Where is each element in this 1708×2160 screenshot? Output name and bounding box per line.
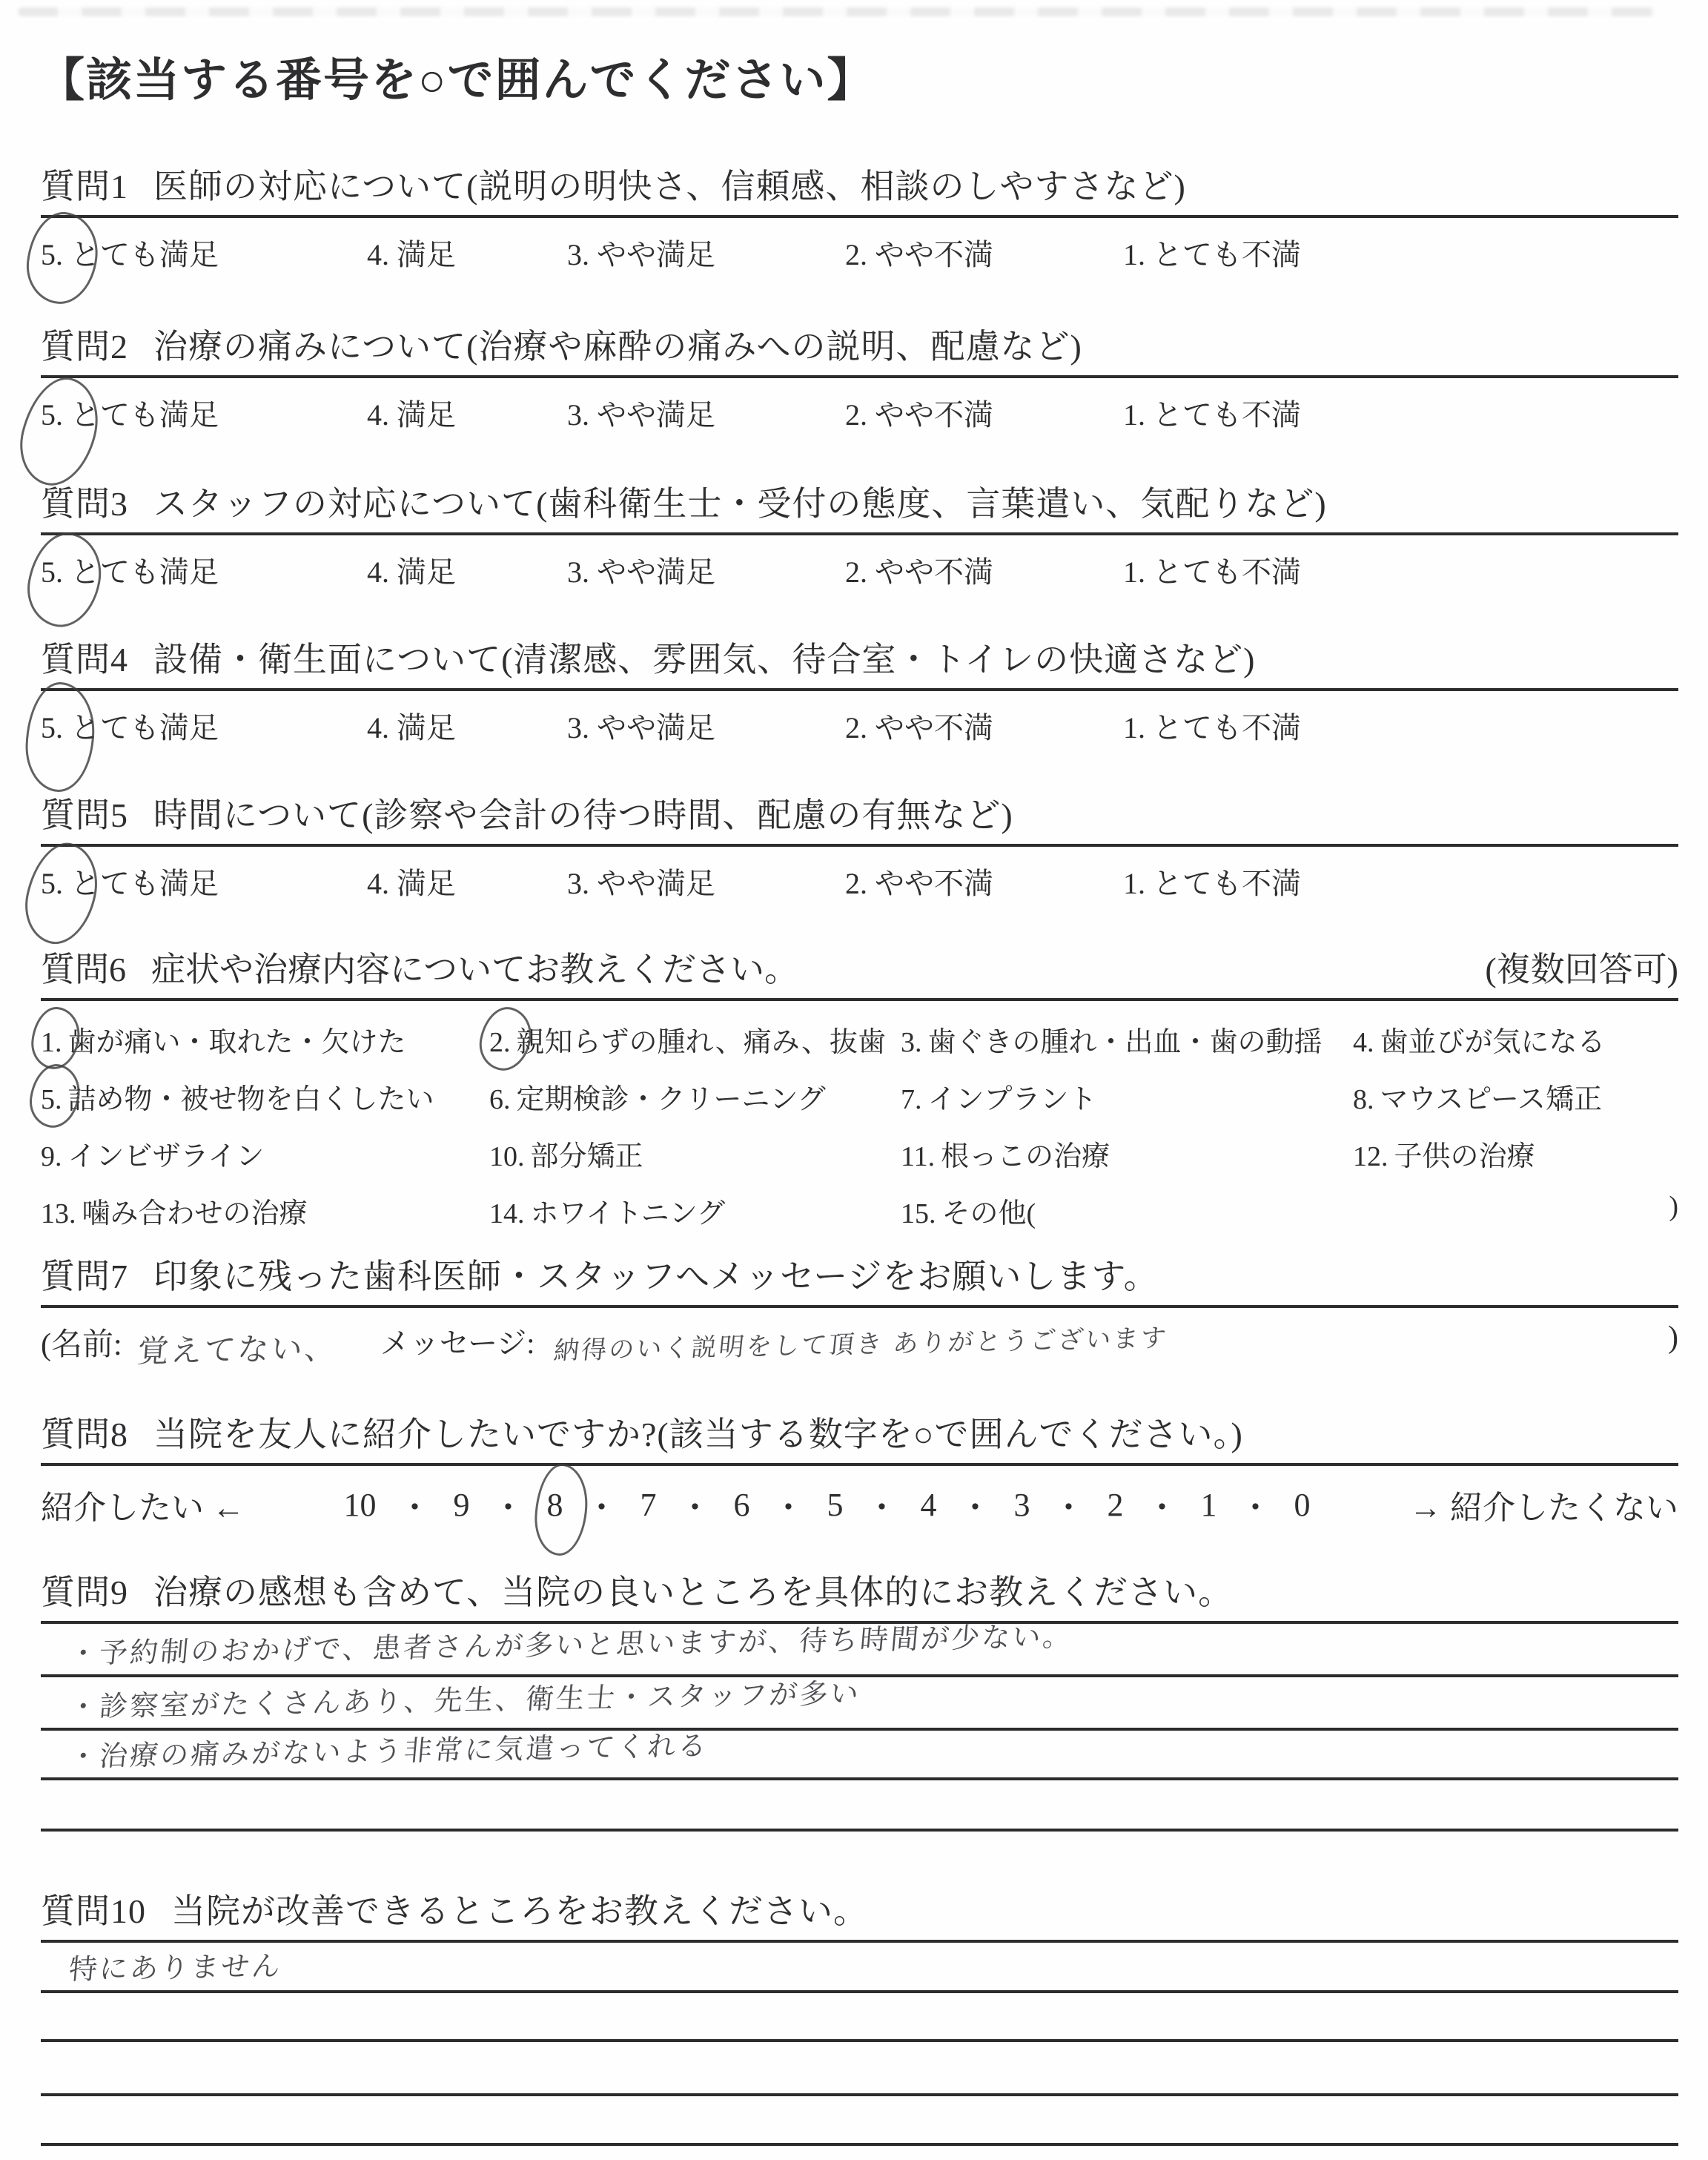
symptom-option-12: 12.子供の治療 xyxy=(1353,1133,1678,1174)
scale-3: 3 xyxy=(1010,1486,1035,1524)
option-label: インプラント xyxy=(928,1084,1097,1115)
option-label: やや不満 xyxy=(875,555,993,589)
answer-line: 特にありません xyxy=(41,1943,1678,1993)
option-number: 4. xyxy=(367,398,389,432)
symptom-option-6: 6.定期検診・クリーニング xyxy=(489,1076,901,1117)
option-4-satisfied: 4.満足 xyxy=(367,231,567,274)
symptom-options-grid: 1.歯が痛い・取れた・欠けた 2.親知らずの腫れ、痛み、抜歯 3.歯ぐきの腫れ・… xyxy=(41,1019,1678,1231)
option-label: とても満足 xyxy=(70,867,219,900)
answer-line: ・治療の痛みがないよう非常に気遣ってくれる xyxy=(41,1730,1678,1780)
close-paren: ) xyxy=(1668,1320,1678,1355)
option-number: 3. xyxy=(567,238,589,271)
option-label: とても満足 xyxy=(70,238,219,271)
option-5-very-satisfied: 5.とても満足 xyxy=(41,549,367,591)
scale-10: 10 xyxy=(340,1486,381,1524)
divider xyxy=(41,1463,1678,1466)
option-label: やや不満 xyxy=(875,238,993,271)
question-1: 質問1医師の対応について(説明の明快さ、信頼感、相談のしやすさなど) 5.とても… xyxy=(41,165,1678,274)
option-number: 2. xyxy=(489,1027,511,1058)
form-title: 【該当する番号を○で囲んでください】 xyxy=(39,43,874,109)
handwritten-answer-2: ・診察室がたくさんあり、先生、衛生士・スタッフが多い xyxy=(67,1670,863,1725)
option-number: 1. xyxy=(41,1027,62,1058)
referral-scale-row: 紹介したい ← 10 ・ 9 ・ 8 ・ 7 ・ 6 ・ 5 ・ 4 ・ 3 xyxy=(41,1481,1678,1528)
option-number: 9. xyxy=(41,1141,62,1172)
option-number: 8. xyxy=(1353,1084,1374,1115)
handwritten-message: 納得のいく説明をして頂き ありがとうございます xyxy=(552,1307,1666,1367)
option-4-satisfied: 4.満足 xyxy=(367,549,567,591)
question-8-text: 当院を友人に紹介したいですか?(該当する数字を○で囲んでください。) xyxy=(153,1416,1243,1453)
option-label: やや不満 xyxy=(875,867,993,900)
option-label: 詰め物・被せ物を白くしたい xyxy=(68,1084,434,1115)
option-label: その他( xyxy=(942,1198,1036,1229)
option-number: 4. xyxy=(367,867,389,900)
option-number: 2. xyxy=(845,555,867,589)
answer-line xyxy=(41,1781,1678,1832)
question-4-label: 質問4 xyxy=(41,641,128,678)
handwritten-name: 覚えてない、 xyxy=(136,1324,340,1372)
question-9-label: 質問9 xyxy=(41,1573,128,1611)
option-number: 4. xyxy=(367,711,389,744)
question-10-text: 当院が改善できるところをお教えください。 xyxy=(171,1892,868,1930)
message-answer-row: (名前: 覚えてない、 メッセージ: 納得のいく説明をして頂き ありがとうござい… xyxy=(41,1320,1678,1372)
dot-separator: ・ xyxy=(1239,1481,1272,1528)
option-number: 5. xyxy=(41,398,63,432)
divider xyxy=(41,375,1678,378)
symptom-option-1: 1.歯が痛い・取れた・欠けた xyxy=(41,1019,489,1060)
option-number: 10. xyxy=(489,1141,525,1172)
question-6: 質問6症状や治療内容についてお教えください。 (複数回答可) 1.歯が痛い・取れ… xyxy=(41,948,1678,1231)
option-2-somewhat-dissatisfied: 2.やや不満 xyxy=(845,231,1123,274)
multiple-answers-note: (複数回答可) xyxy=(1485,948,1678,992)
option-2-somewhat-dissatisfied: 2.やや不満 xyxy=(845,704,1123,747)
option-label: とても不満 xyxy=(1153,555,1301,589)
scale-5: 5 xyxy=(823,1486,848,1524)
option-label: 噛み合わせの治療 xyxy=(82,1198,308,1229)
scale-8-number: 8 xyxy=(547,1487,563,1523)
dot-separator: ・ xyxy=(679,1481,712,1528)
option-label: やや満足 xyxy=(597,398,715,432)
option-5-very-satisfied: 5.とても満足 xyxy=(41,392,367,434)
symptom-option-4: 4.歯並びが気になる xyxy=(1353,1019,1678,1060)
scale-4: 4 xyxy=(916,1486,941,1524)
option-number: 11. xyxy=(901,1141,935,1172)
name-field-label: (名前: xyxy=(41,1320,122,1364)
divider xyxy=(41,998,1678,1001)
answer-line xyxy=(41,1992,1678,2042)
option-number: 2. xyxy=(845,711,867,744)
option-number: 3. xyxy=(901,1027,922,1058)
option-number: 14. xyxy=(489,1198,525,1229)
option-1-very-dissatisfied: 1.とても不満 xyxy=(1123,392,1678,434)
scale-left-label: 紹介したい ← xyxy=(41,1481,245,1528)
option-5-very-satisfied: 5.とても満足 xyxy=(41,704,367,747)
question-3-options: 5.とても満足 4.満足 3.やや満足 2.やや不満 1.とても不満 xyxy=(41,549,1678,591)
scanned-survey-page: 【該当する番号を○で囲んでください】 質問1医師の対応について(説明の明快さ、信… xyxy=(0,0,1708,2160)
dot-separator: ・ xyxy=(1146,1481,1179,1528)
option-1-very-dissatisfied: 1.とても不満 xyxy=(1123,704,1678,747)
answer-line xyxy=(41,2095,1678,2146)
option-label: 歯ぐきの腫れ・出血・歯の動揺 xyxy=(928,1027,1323,1058)
symptom-option-10: 10.部分矯正 xyxy=(489,1133,901,1174)
question-5: 質問5時間について(診察や会計の待つ時間、配慮の有無など) 5.とても満足 4.… xyxy=(41,793,1678,902)
answer-line xyxy=(41,2046,1678,2096)
question-3: 質問3スタッフの対応について(歯科衛生士・受付の態度、言葉遣い、気配りなど) 5… xyxy=(41,482,1678,591)
option-label: 満足 xyxy=(397,711,456,744)
option-number: 1. xyxy=(1123,555,1145,589)
question-7-text: 印象に残った歯科医師・スタッフへメッセージをお願いします。 xyxy=(153,1258,1159,1295)
scan-artifact xyxy=(18,7,1656,16)
handwritten-circle xyxy=(11,369,108,493)
symptom-option-14: 14.ホワイトニング xyxy=(489,1190,901,1231)
scale-9: 9 xyxy=(449,1486,474,1524)
option-number: 7. xyxy=(901,1084,922,1115)
option-label: 満足 xyxy=(397,555,456,589)
option-1-very-dissatisfied: 1.とても不満 xyxy=(1123,549,1678,591)
symptom-option-2: 2.親知らずの腫れ、痛み、抜歯 xyxy=(489,1019,901,1060)
option-number: 1. xyxy=(1123,398,1145,432)
question-10: 質問10当院が改善できるところをお教えください。 xyxy=(41,1889,1678,1943)
option-label: 根っこの治療 xyxy=(941,1141,1110,1172)
symptom-option-11: 11.根っこの治療 xyxy=(901,1133,1353,1174)
symptom-option-13: 13.噛み合わせの治療 xyxy=(41,1190,489,1231)
question-2-label: 質問2 xyxy=(41,328,128,366)
option-1-very-dissatisfied: 1.とても不満 xyxy=(1123,231,1678,274)
symptom-option-9: 9.インビザライン xyxy=(41,1133,489,1174)
option-number: 5. xyxy=(41,711,63,744)
option-3-somewhat-satisfied: 3.やや満足 xyxy=(567,549,845,591)
option-label: とても不満 xyxy=(1153,238,1301,271)
referral-scale: 10 ・ 9 ・ 8 ・ 7 ・ 6 ・ 5 ・ 4 ・ 3 ・ 2 xyxy=(340,1481,1315,1528)
option-number: 2. xyxy=(845,867,867,900)
option-number: 5. xyxy=(41,555,63,589)
question-10-label: 質問10 xyxy=(41,1892,146,1930)
divider xyxy=(41,1305,1678,1308)
option-4-satisfied: 4.満足 xyxy=(367,392,567,434)
question-6-text: 症状や治療内容についてお教えください。 xyxy=(151,951,798,988)
question-8: 質問8当院を友人に紹介したいですか?(該当する数字を○で囲んでください。) 紹介… xyxy=(41,1413,1678,1528)
option-label: 部分矯正 xyxy=(531,1141,643,1172)
option-label: とても満足 xyxy=(70,398,219,432)
question-7: 質問7印象に残った歯科医師・スタッフへメッセージをお願いします。 (名前: 覚え… xyxy=(41,1255,1678,1372)
option-5-very-satisfied: 5.とても満足 xyxy=(41,231,367,274)
option-number: 1. xyxy=(1123,238,1145,271)
divider xyxy=(41,688,1678,691)
option-label: インビザライン xyxy=(68,1141,265,1172)
dot-separator: ・ xyxy=(772,1481,805,1528)
symptom-option-5: 5.詰め物・被せ物を白くしたい xyxy=(41,1076,489,1117)
question-3-label: 質問3 xyxy=(41,485,128,523)
question-4: 質問4設備・衛生面について(清潔感、雰囲気、待合室・トイレの快適さなど) 5.と… xyxy=(41,638,1678,747)
symptom-option-7: 7.インプラント xyxy=(901,1076,1353,1117)
option-4-satisfied: 4.満足 xyxy=(367,860,567,902)
question-6-label: 質問6 xyxy=(41,951,126,988)
option-3-somewhat-satisfied: 3.やや満足 xyxy=(567,231,845,274)
option-number: 15. xyxy=(901,1198,936,1229)
answer-line: ・診察室がたくさんあり、先生、衛生士・スタッフが多い xyxy=(41,1680,1678,1731)
divider xyxy=(41,215,1678,218)
option-label: とても満足 xyxy=(70,711,219,744)
question-3-text: スタッフの対応について(歯科衛生士・受付の態度、言葉遣い、気配りなど) xyxy=(153,485,1327,523)
question-2-text: 治療の痛みについて(治療や麻酔の痛みへの説明、配慮など) xyxy=(153,328,1082,366)
option-label: とても不満 xyxy=(1153,867,1301,900)
option-3-somewhat-satisfied: 3.やや満足 xyxy=(567,860,845,902)
option-label: ホワイトニング xyxy=(531,1198,726,1229)
option-2-somewhat-dissatisfied: 2.やや不満 xyxy=(845,549,1123,591)
option-number: 6. xyxy=(489,1084,511,1115)
option-number: 13. xyxy=(41,1198,76,1229)
option-2-somewhat-dissatisfied: 2.やや不満 xyxy=(845,392,1123,434)
option-label: やや満足 xyxy=(597,555,715,589)
dot-separator: ・ xyxy=(492,1481,525,1528)
symptom-option-15: 15.その他( ) xyxy=(901,1190,1678,1231)
option-1-very-dissatisfied: 1.とても不満 xyxy=(1123,860,1678,902)
close-paren: ) xyxy=(1669,1190,1678,1231)
question-5-text: 時間について(診察や会計の待つ時間、配慮の有無など) xyxy=(153,796,1013,834)
option-label: 親知らずの腫れ、痛み、抜歯 xyxy=(517,1027,887,1058)
scale-1: 1 xyxy=(1196,1486,1222,1524)
handwritten-answer-3: ・治療の痛みがないよう非常に気遣ってくれる xyxy=(67,1723,710,1774)
option-label: やや不満 xyxy=(875,711,993,744)
option-number: 5. xyxy=(41,1084,62,1115)
dot-separator: ・ xyxy=(866,1481,898,1528)
option-number: 3. xyxy=(567,555,589,589)
scale-right-label: → 紹介したくない xyxy=(1409,1481,1678,1528)
question-1-options: 5.とても満足 4.満足 3.やや満足 2.やや不満 1.とても不満 xyxy=(41,231,1678,274)
option-number: 5. xyxy=(41,867,63,900)
option-5-very-satisfied: 5.とても満足 xyxy=(41,860,367,902)
question-7-label: 質問7 xyxy=(41,1258,128,1295)
question-5-options: 5.とても満足 4.満足 3.やや満足 2.やや不満 1.とても不満 xyxy=(41,860,1678,902)
dot-separator: ・ xyxy=(586,1481,618,1528)
scale-8: 8 xyxy=(543,1486,568,1524)
message-field-label: メッセージ: xyxy=(380,1320,535,1362)
scale-7: 7 xyxy=(636,1486,661,1524)
option-number: 3. xyxy=(567,711,589,744)
question-9: 質問9治療の感想も含めて、当院の良いところを具体的にお教えください。 xyxy=(41,1571,1678,1624)
option-number: 3. xyxy=(567,867,589,900)
option-2-somewhat-dissatisfied: 2.やや不満 xyxy=(845,860,1123,902)
dot-separator: ・ xyxy=(399,1481,431,1528)
dot-separator: ・ xyxy=(959,1481,992,1528)
option-label: 満足 xyxy=(397,867,456,900)
option-label: とても不満 xyxy=(1153,398,1301,432)
option-label: やや不満 xyxy=(875,398,993,432)
option-4-satisfied: 4.満足 xyxy=(367,704,567,747)
divider xyxy=(41,532,1678,535)
option-number: 4. xyxy=(367,238,389,271)
option-label: 定期検診・クリーニング xyxy=(517,1084,826,1115)
option-label: とても不満 xyxy=(1153,711,1301,744)
scale-6: 6 xyxy=(729,1486,755,1524)
option-label: 満足 xyxy=(397,398,456,432)
option-label: やや満足 xyxy=(597,867,715,900)
option-label: 満足 xyxy=(397,238,456,271)
question-4-options: 5.とても満足 4.満足 3.やや満足 2.やや不満 1.とても不満 xyxy=(41,704,1678,747)
scale-2: 2 xyxy=(1103,1486,1128,1524)
question-8-label: 質問8 xyxy=(41,1416,128,1453)
option-number: 5. xyxy=(41,238,63,271)
symptom-option-8: 8.マウスピース矯正 xyxy=(1353,1076,1678,1117)
dot-separator: ・ xyxy=(1053,1481,1085,1528)
option-number: 2. xyxy=(845,398,867,432)
option-number: 12. xyxy=(1353,1141,1388,1172)
option-number: 2. xyxy=(845,238,867,271)
scale-0: 0 xyxy=(1290,1486,1315,1524)
option-number: 4. xyxy=(1353,1027,1374,1058)
question-9-text: 治療の感想も含めて、当院の良いところを具体的にお教えください。 xyxy=(153,1573,1233,1611)
option-number: 1. xyxy=(1123,711,1145,744)
question-4-text: 設備・衛生面について(清潔感、雰囲気、待合室・トイレの快適さなど) xyxy=(153,641,1255,678)
handwritten-answer: 特にありません xyxy=(67,1943,284,1987)
option-label: やや満足 xyxy=(597,238,715,271)
symptom-option-3: 3.歯ぐきの腫れ・出血・歯の動揺 xyxy=(901,1019,1353,1060)
question-2: 質問2治療の痛みについて(治療や麻酔の痛みへの説明、配慮など) 5.とても満足 … xyxy=(41,325,1678,434)
option-number: 4. xyxy=(367,555,389,589)
question-1-label: 質問1 xyxy=(41,168,128,205)
option-label: マウスピース矯正 xyxy=(1380,1084,1602,1115)
option-number: 3. xyxy=(567,398,589,432)
option-label: 歯並びが気になる xyxy=(1380,1027,1606,1058)
question-5-label: 質問5 xyxy=(41,796,128,834)
question-2-options: 5.とても満足 4.満足 3.やや満足 2.やや不満 1.とても不満 xyxy=(41,392,1678,434)
option-label: 歯が痛い・取れた・欠けた xyxy=(68,1027,406,1058)
option-number: 1. xyxy=(1123,867,1145,900)
option-label: 子供の治療 xyxy=(1394,1141,1535,1172)
divider xyxy=(41,844,1678,847)
option-label: とても満足 xyxy=(70,555,219,589)
question-1-text: 医師の対応について(説明の明快さ、信頼感、相談のしやすさなど) xyxy=(153,168,1186,205)
option-label: やや満足 xyxy=(597,711,715,744)
option-3-somewhat-satisfied: 3.やや満足 xyxy=(567,392,845,434)
option-3-somewhat-satisfied: 3.やや満足 xyxy=(567,704,845,747)
